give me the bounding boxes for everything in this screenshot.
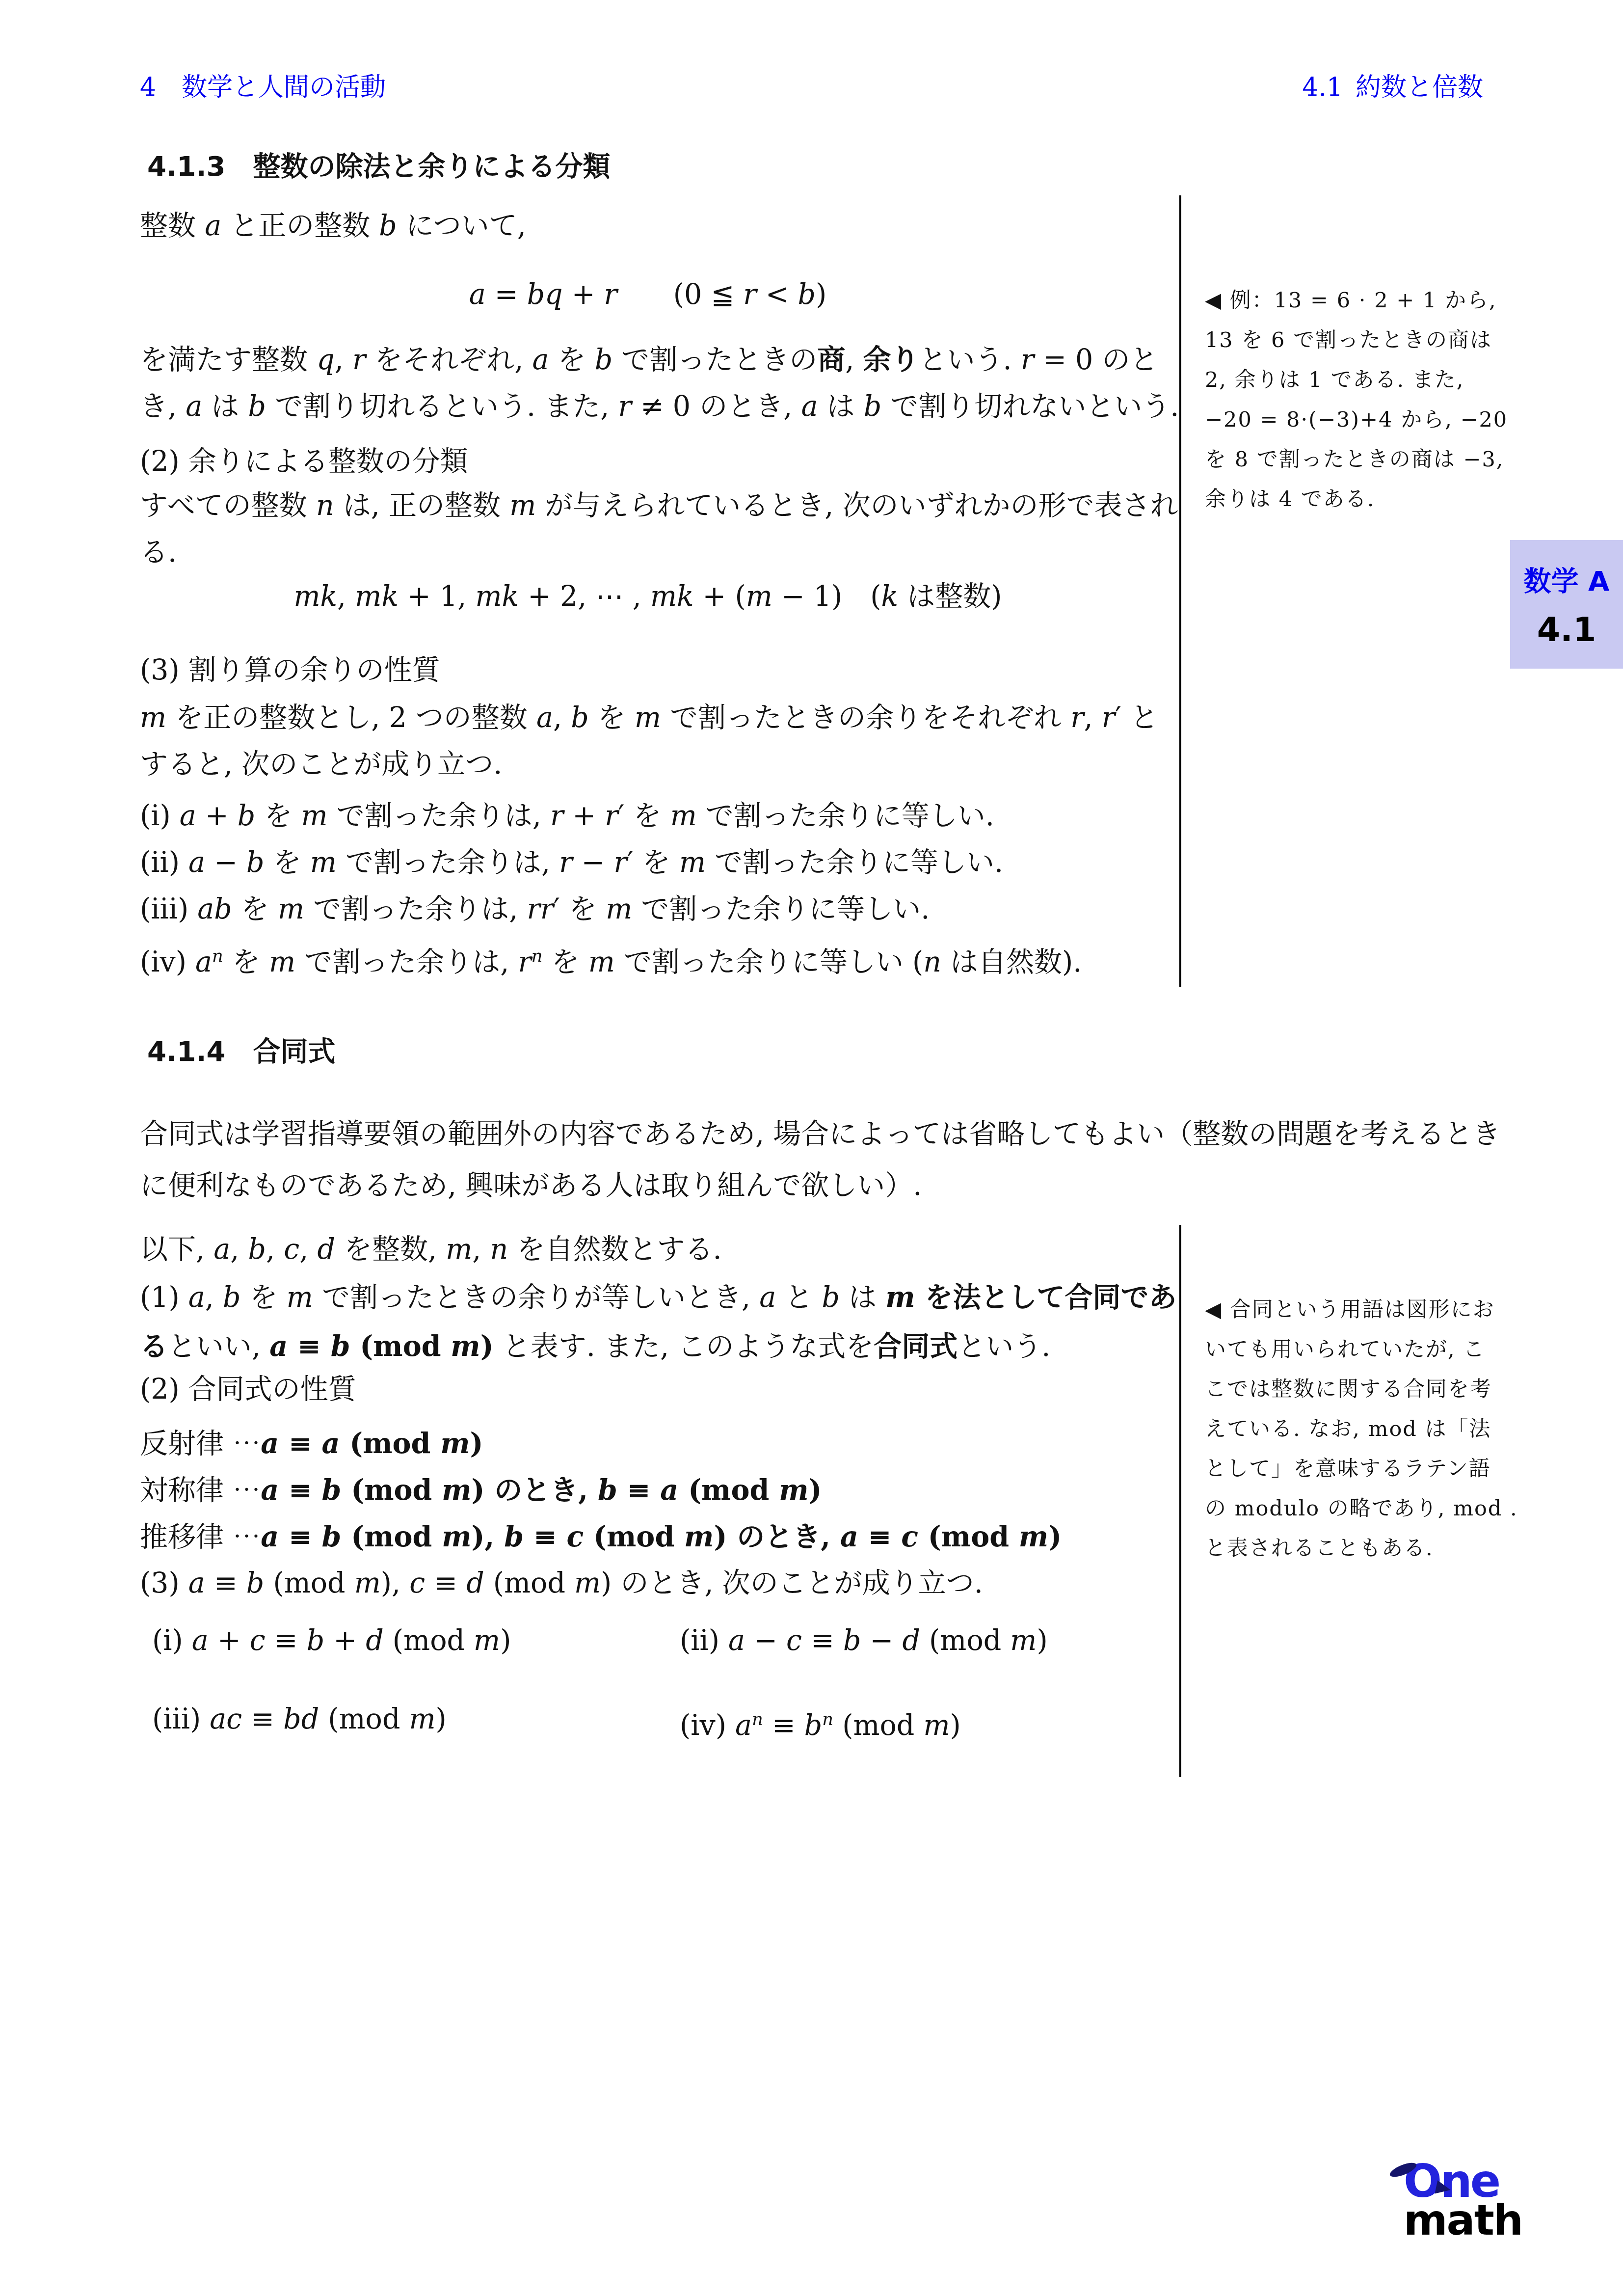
margin-note-congruence-term: ◀ 合同という用語は図形においても用いられていたが, ここでは整数に関する合同を… [1205, 1290, 1508, 1568]
paragraph-all-integers: すべての整数 n は, 正の整数 m が与えられているとき, 次のいずれかの形で… [140, 483, 1178, 576]
item-congruence-rules-intro: (3) a ≡ b (mod m), c ≡ d (mod m) のとき, 次の… [140, 1560, 983, 1607]
logo-beak-icon [1435, 2180, 1452, 2197]
paragraph-congruence-setup: 以下, a, b, c, d を整数, m, n を自然数とする. [140, 1226, 722, 1273]
margin-note-division-example: ◀ 例：13 = 6 · 2 + 1 から,13 を 6 で割ったときの商は2,… [1205, 281, 1508, 519]
law-transitive: 推移律 ⋯a ≡ b (mod m), b ≡ c (mod m) のとき, a… [140, 1513, 1062, 1561]
formula-division-algorithm: a = bq + r (0 ≦ r < b) [140, 271, 1156, 318]
onemath-logo: One math [1404, 2159, 1561, 2242]
textbook-page: 4 数学と人間の活動 4.1 約数と倍数 4.1.3 整数の除法と余りによる分類… [0, 0, 1623, 2296]
header-section-title: 4.1 約数と倍数 [1302, 73, 1483, 102]
logo-one-text: One [1404, 2159, 1499, 2204]
paragraph-intro: 整数 a と正の整数 b について, [140, 203, 526, 249]
formula-mk-forms: mk, mk + 1, mk + 2, ⋯ , mk + (m − 1) (k … [140, 573, 1156, 620]
congruence-rule-i: (i) a + c ≡ b + d (mod m) [152, 1618, 511, 1664]
header-chapter-title: 4 数学と人間の活動 [140, 73, 386, 102]
chapter-side-tab: 数学 A 4.1 [1510, 540, 1623, 669]
property-iii: (iii) ab を m で割った余りは, rr′ を m で割った余りに等しい… [140, 886, 930, 933]
congruence-rule-iv: (iv) an ≡ bn (mod m) [680, 1696, 961, 1749]
logo-one-word: One [1404, 2155, 1499, 2208]
congruence-rule-ii: (ii) a − c ≡ b − d (mod m) [680, 1618, 1048, 1664]
property-i: (i) a + b を m で割った余りは, r + r′ を m で割った余り… [140, 793, 994, 839]
law-symmetric: 対称律 ⋯a ≡ b (mod m) のとき, b ≡ a (mod m) [140, 1467, 822, 1514]
paragraph-quotient-remainder: を満たす整数 q, r をそれぞれ, a を b で割ったときの商, 余りという… [140, 336, 1179, 430]
property-iv: (iv) an を m で割った余りは, rn を m で割った余りに等しい (… [140, 933, 1082, 986]
item-heading-congruence-properties: (2) 合同式の性質 [140, 1366, 356, 1413]
item-heading-remainder-properties: (3) 割り算の余りの性質 [140, 647, 440, 694]
property-ii: (ii) a − b を m で割った余りは, r − r′ を m で割った余… [140, 839, 1003, 886]
subsection-heading-4-1-4: 4.1.4 合同式 [147, 1030, 335, 1069]
margin-rule-bottom [1179, 1225, 1181, 1777]
item-congruence-definition: (1) a, b を m で割ったときの余りが等しいとき, a と b は m … [140, 1273, 1176, 1371]
item-heading-remainder-classification: (2) 余りによる整数の分類 [140, 438, 468, 485]
subsection-heading-4-1-3: 4.1.3 整数の除法と余りによる分類 [147, 145, 610, 184]
side-tab-course-label: 数学 A [1510, 560, 1623, 599]
page-header: 4 数学と人間の活動 4.1 約数と倍数 [140, 73, 1483, 102]
side-tab-section-number: 4.1 [1510, 611, 1623, 649]
law-reflexive: 反射律 ⋯a ≡ a (mod m) [140, 1420, 483, 1467]
paragraph-remainder-setup: m を正の整数とし, 2 つの整数 a, b を m で割ったときの余りをそれぞ… [140, 695, 1158, 788]
margin-rule-top [1179, 195, 1181, 987]
paragraph-curriculum-note: 合同式は学習指導要領の範囲外の内容であるため, 場合によっては省略してもよい（整… [140, 1108, 1500, 1212]
congruence-rule-iii: (iii) ac ≡ bd (mod m) [152, 1696, 447, 1743]
